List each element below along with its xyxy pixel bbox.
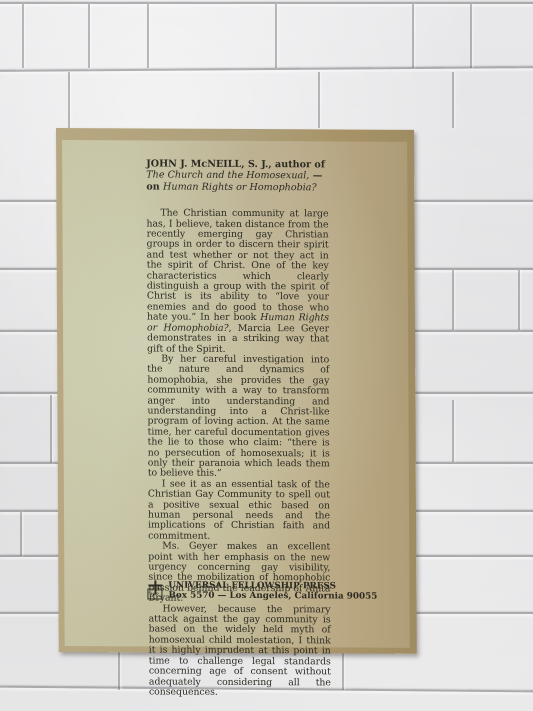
paragraph-text: However, because the primary attack agai… [149, 603, 331, 698]
mortar-joint [452, 270, 454, 330]
mortar-line [0, 2, 533, 4]
mortar-joint [470, 4, 472, 68]
mortar-line [0, 66, 533, 72]
mortar-joint [68, 72, 70, 128]
paragraph-text: By her careful investigation into the na… [147, 353, 330, 479]
blurb-paragraph: I see it as an essential task of the Chr… [148, 479, 330, 542]
author-credit: JOHN J. McNEILL, S. J., author of [146, 158, 325, 170]
cross-over-book-logo-icon: UFP [146, 580, 164, 600]
mortar-joint [318, 72, 320, 128]
blurb-paragraph: However, because the primary attack agai… [148, 604, 330, 699]
mortar-joint [452, 72, 454, 128]
blurb-text: JOHN J. McNEILL, S. J., author of The Ch… [146, 158, 331, 698]
publisher-imprint: UFP UNIVERSAL FELLOWSHIP PRESS Box 5570 … [146, 580, 377, 601]
blurb-heading: JOHN J. McNEILL, S. J., author of The Ch… [146, 158, 328, 193]
blurb-paragraph: The Christian community at large has, I … [146, 209, 329, 356]
publisher-address: Box 5570 — Los Angeles, California 90055 [168, 591, 377, 602]
paragraph-text: The Christian community at large has, I … [146, 208, 329, 324]
mortar-joint [50, 395, 52, 463]
mortar-joint [518, 270, 520, 330]
blurb-paragraph: By her careful investigation into the na… [147, 354, 330, 480]
mortar-joint [22, 4, 24, 68]
mortar-joint [412, 4, 414, 68]
paragraph-text: I see it as an essential task of the Chr… [148, 478, 330, 541]
mortar-joint [147, 4, 149, 68]
mortar-joint [275, 4, 277, 68]
mortar-joint [20, 512, 22, 556]
mortar-joint [88, 4, 90, 68]
author-book-title: The Church and the Homosexual, [146, 170, 309, 182]
mortar-joint [452, 400, 454, 462]
logo-letters: UFP [147, 588, 162, 599]
book-back-cover: JOHN J. McNEILL, S. J., author of The Ch… [56, 128, 417, 654]
reviewed-book-title: Human Rights or Homophobia? [163, 181, 317, 193]
